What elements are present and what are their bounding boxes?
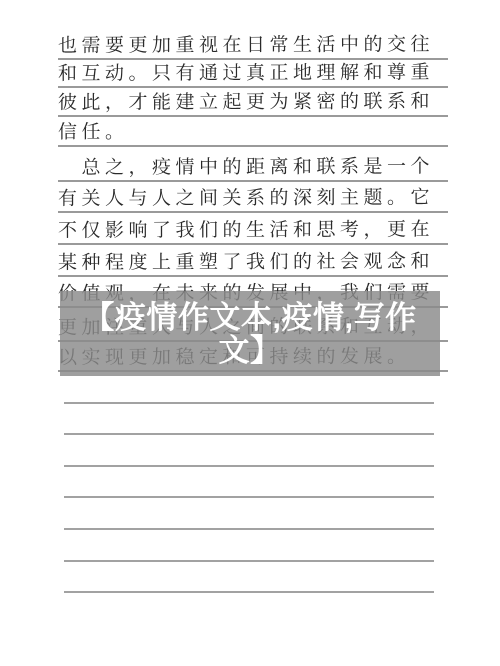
handwritten-text-line: 和互动。只有通过真正地理解和尊重 [58, 63, 434, 86]
handwritten-text-line: 信任。 [58, 123, 129, 145]
ruled-line-row: 有关人与人之间关系的深刻主题。它 [58, 185, 448, 213]
ruled-line-row [64, 502, 434, 530]
handwritten-text-line: 彼此，才能建立起更为紧密的联系和 [58, 92, 434, 115]
ruled-line-row: 信任。 [58, 119, 448, 147]
ruled-line-row: 总之，疫情中的距离和联系是一个 [58, 154, 448, 182]
ruled-line-row: 和互动。只有通过真正地理解和尊重 [58, 60, 448, 88]
ruled-line-row [64, 407, 434, 435]
ruled-line-row: 彼此，才能建立起更为紧密的联系和 [58, 89, 448, 117]
ruled-line-row [64, 470, 434, 498]
watermark-overlay: 【疫情作文本,疫情,写作文】 [60, 291, 440, 376]
ruled-line-row: 某种程度上重塑了我们的社会观念和 [58, 249, 448, 277]
ruled-line-row [64, 534, 434, 562]
notebook-page-photo: 也需要更加重视在日常生活中的交往 和互动。只有通过真正地理解和尊重 彼此，才能建… [0, 0, 500, 666]
handwritten-text-line: 总之，疫情中的距离和联系是一个 [58, 157, 434, 180]
watermark-caption: 【疫情作文本,疫情,写作文】 [60, 301, 440, 367]
ruled-line-row [64, 565, 434, 593]
handwritten-text-line: 某种程度上重塑了我们的社会观念和 [58, 252, 434, 275]
ruled-line-row: 不仅影响了我们的生活和思考，更在 [58, 217, 448, 245]
ruled-line-row [64, 376, 434, 404]
ruled-line-row: 也需要更加重视在日常生活中的交往 [58, 32, 448, 60]
handwritten-text-line: 也需要更加重视在日常生活中的交往 [58, 35, 434, 58]
handwritten-text-line: 有关人与人之间关系的深刻主题。它 [58, 188, 434, 211]
ruled-line-row [64, 439, 434, 467]
handwritten-text-line: 不仅影响了我们的生活和思考，更在 [58, 220, 434, 243]
